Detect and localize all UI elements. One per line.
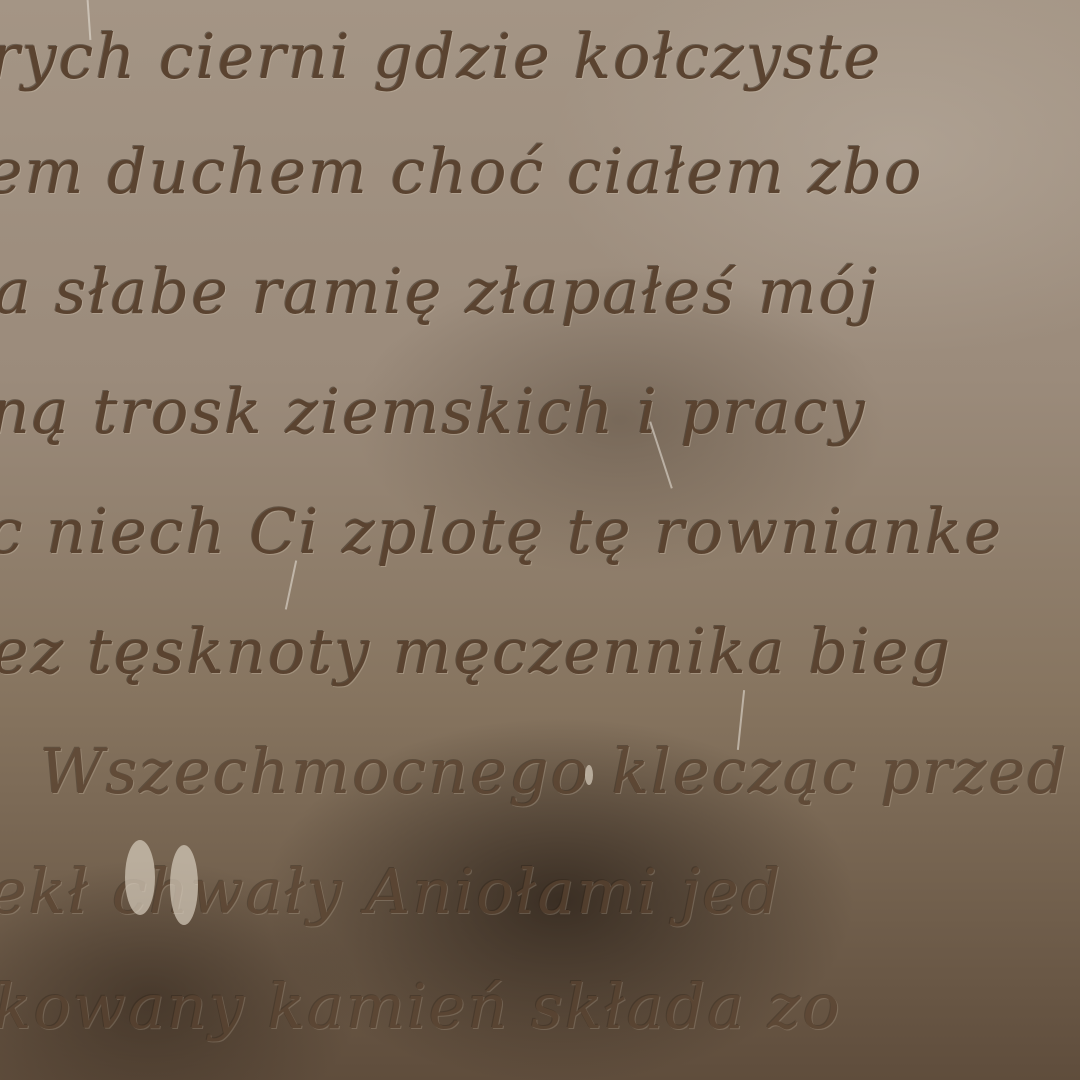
stone-inscription: rych cierni gdzie kołczyste em duchem ch… xyxy=(0,0,1080,1080)
inscription-line-3: a słabe ramię złapałeś mój xyxy=(0,255,879,328)
inscription-line-4: ną trosk ziemskich i pracy xyxy=(0,375,867,448)
stone-chip xyxy=(125,840,155,915)
inscription-line-5: c niech Ci zplotę tę rownianke xyxy=(0,495,1003,568)
inscription-line-6: ez tęsknoty męczennika bieg xyxy=(0,615,952,688)
inscription-line-8: ekł chwały Aniołami jed xyxy=(0,855,782,928)
stone-chip xyxy=(585,765,593,785)
inscription-line-9: kowany kamień składa zo xyxy=(0,970,842,1043)
inscription-line-7: Wszechmocnego klecząc przed xyxy=(40,735,1069,808)
inscription-line-1: rych cierni gdzie kołczyste xyxy=(0,20,882,93)
stone-chip xyxy=(170,845,198,925)
inscription-line-2: em duchem choć ciałem zbo xyxy=(0,135,924,208)
